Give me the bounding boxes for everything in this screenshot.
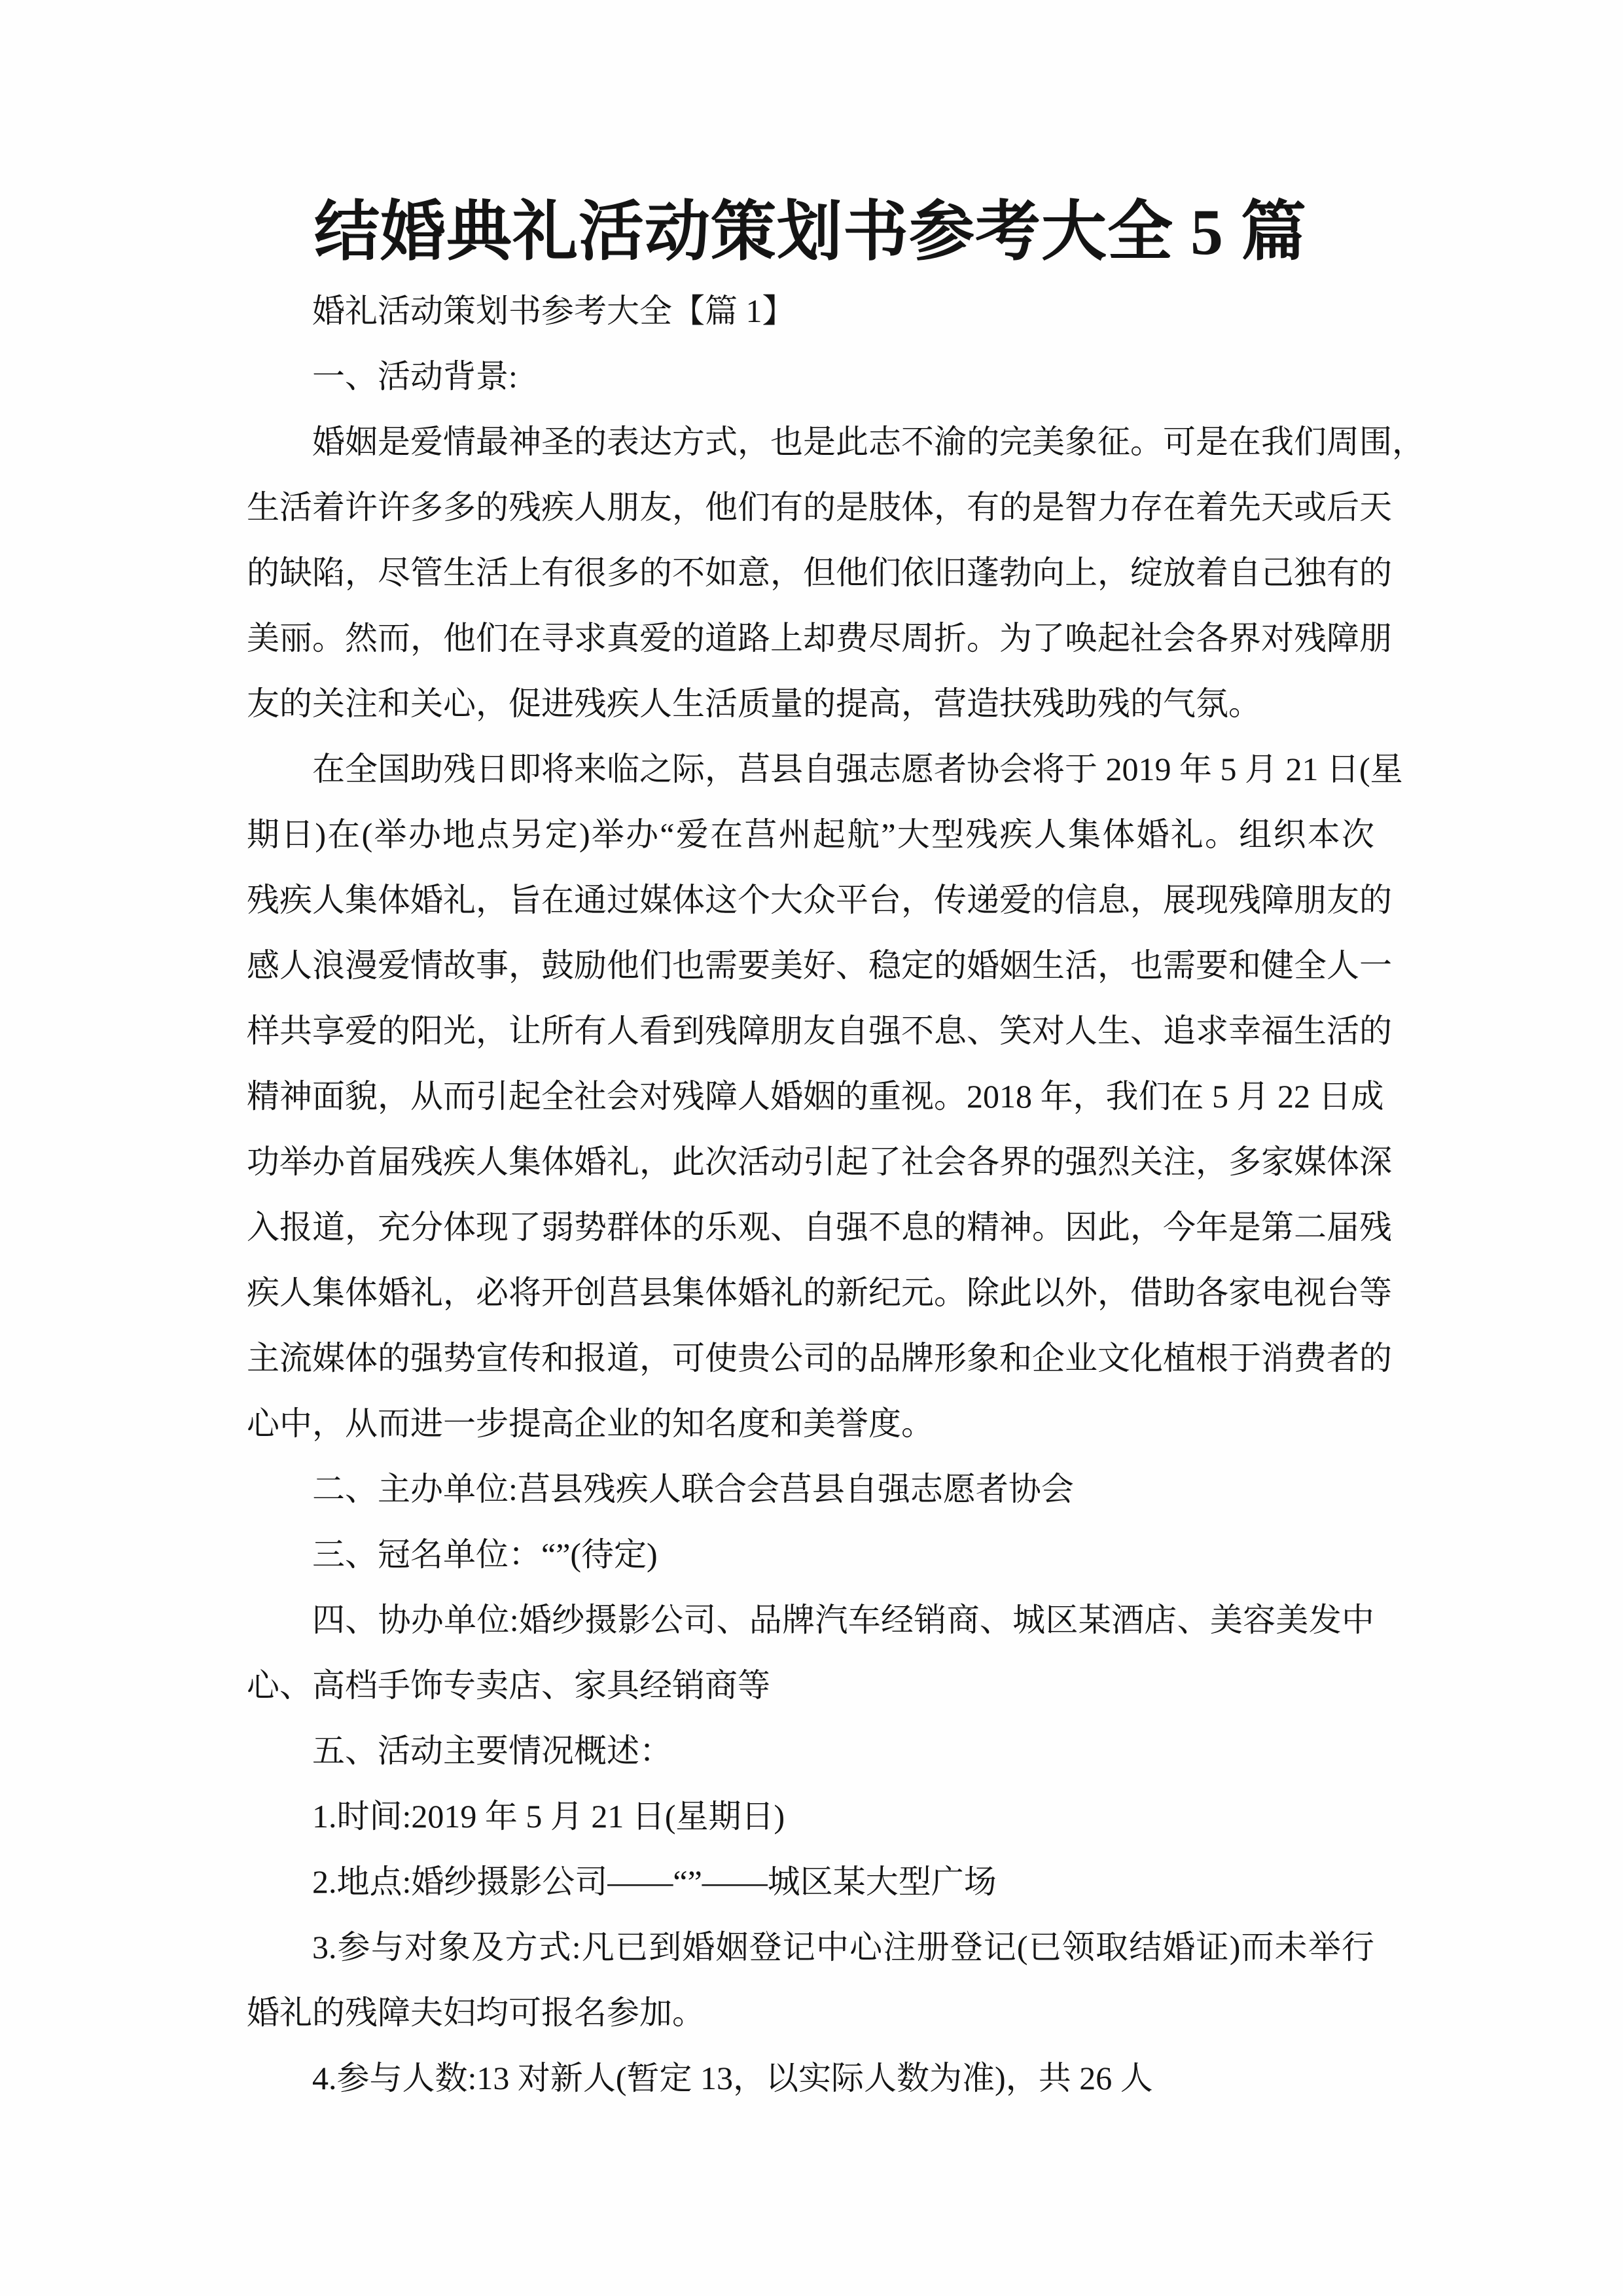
text-line: 三、冠名单位：“”(待定) — [247, 1522, 1374, 1587]
text-line: 功举办首届残疾人集体婚礼，此次活动引起了社会各界的强烈关注，多家媒体深 — [247, 1129, 1374, 1194]
text-line: 生活着许许多多的残疾人朋友，他们有的是肢体，有的是智力存在着先天或后天 — [247, 475, 1374, 540]
text-line: 精神面貌，从而引起全社会对残障人婚姻的重视。2018 年，我们在 5 月 22 … — [247, 1064, 1374, 1129]
paragraph: 1.时间:2019 年 5 月 21 日(星期日) — [247, 1784, 1374, 1849]
document-content: 结婚典礼活动策划书参考大全 5 篇 婚礼活动策划书参考大全【篇 1】一、活动背景… — [247, 196, 1374, 2111]
text-line: 一、活动背景: — [247, 344, 1374, 409]
paragraph: 在全国助残日即将来临之际，莒县自强志愿者协会将于 2019 年 5 月 21 日… — [247, 736, 1374, 1456]
text-line: 婚礼的残障夫妇均可报名参加。 — [247, 1980, 1374, 2045]
document-page: 结婚典礼活动策划书参考大全 5 篇 婚礼活动策划书参考大全【篇 1】一、活动背景… — [0, 0, 1623, 2296]
paragraph: 4.参与人数:13 对新人(暂定 13，以实际人数为准)，共 26 人 — [247, 2045, 1374, 2111]
text-line: 入报道，充分体现了弱势群体的乐观、自强不息的精神。因此，今年是第二届残 — [247, 1194, 1374, 1260]
text-line: 残疾人集体婚礼，旨在通过媒体这个大众平台，传递爱的信息，展现残障朋友的 — [247, 867, 1374, 933]
document-title: 结婚典礼活动策划书参考大全 5 篇 — [247, 196, 1374, 268]
text-line: 主流媒体的强势宣传和报道，可使贵公司的品牌形象和企业文化植根于消费者的 — [247, 1325, 1374, 1391]
text-line: 友的关注和关心，促进残疾人生活质量的提高，营造扶残助残的气氛。 — [247, 671, 1374, 736]
paragraph: 婚姻是爱情最神圣的表达方式，也是此志不渝的完美象征。可是在我们周围，生活着许许多… — [247, 409, 1374, 736]
paragraph: 五、活动主要情况概述： — [247, 1718, 1374, 1784]
text-line: 感人浪漫爱情故事，鼓励他们也需要美好、稳定的婚姻生活，也需要和健全人一 — [247, 933, 1374, 998]
paragraph: 婚礼活动策划书参考大全【篇 1】 — [247, 278, 1374, 344]
paragraph: 2.地点:婚纱摄影公司——“”——城区某大型广场 — [247, 1849, 1374, 1914]
text-line: 疾人集体婚礼，必将开创莒县集体婚礼的新纪元。除此以外，借助各家电视台等 — [247, 1260, 1374, 1325]
text-line: 4.参与人数:13 对新人(暂定 13，以实际人数为准)，共 26 人 — [247, 2045, 1374, 2111]
paragraph: 二、主办单位:莒县残疾人联合会莒县自强志愿者协会 — [247, 1456, 1374, 1522]
text-line: 美丽。然而，他们在寻求真爱的道路上却费尽周折。为了唤起社会各界对残障朋 — [247, 605, 1374, 671]
text-line: 的缺陷，尽管生活上有很多的不如意，但他们依旧蓬勃向上，绽放着自己独有的 — [247, 540, 1374, 605]
text-line: 婚礼活动策划书参考大全【篇 1】 — [247, 278, 1374, 344]
text-line: 期日)在(举办地点另定)举办“爱在莒州起航”大型残疾人集体婚礼。组织本次 — [247, 802, 1374, 867]
text-line: 2.地点:婚纱摄影公司——“”——城区某大型广场 — [247, 1849, 1374, 1914]
paragraph: 一、活动背景: — [247, 344, 1374, 409]
text-line: 心、高档手饰专卖店、家具经销商等 — [247, 1653, 1374, 1718]
paragraph: 3.参与对象及方式:凡已到婚姻登记中心注册登记(已领取结婚证)而未举行婚礼的残障… — [247, 1914, 1374, 2045]
text-line: 心中，从而进一步提高企业的知名度和美誉度。 — [247, 1391, 1374, 1456]
text-line: 在全国助残日即将来临之际，莒县自强志愿者协会将于 2019 年 5 月 21 日… — [247, 736, 1374, 802]
paragraph-list: 婚礼活动策划书参考大全【篇 1】一、活动背景:婚姻是爱情最神圣的表达方式，也是此… — [247, 278, 1374, 2111]
text-line: 1.时间:2019 年 5 月 21 日(星期日) — [247, 1784, 1374, 1849]
paragraph: 四、协办单位:婚纱摄影公司、品牌汽车经销商、城区某酒店、美容美发中心、高档手饰专… — [247, 1587, 1374, 1718]
text-line: 3.参与对象及方式:凡已到婚姻登记中心注册登记(已领取结婚证)而未举行 — [247, 1914, 1374, 1980]
text-line: 样共享爱的阳光，让所有人看到残障朋友自强不息、笑对人生、追求幸福生活的 — [247, 998, 1374, 1064]
paragraph: 三、冠名单位：“”(待定) — [247, 1522, 1374, 1587]
text-line: 五、活动主要情况概述： — [247, 1718, 1374, 1784]
text-line: 婚姻是爱情最神圣的表达方式，也是此志不渝的完美象征。可是在我们周围， — [247, 409, 1374, 475]
text-line: 四、协办单位:婚纱摄影公司、品牌汽车经销商、城区某酒店、美容美发中 — [247, 1587, 1374, 1653]
text-line: 二、主办单位:莒县残疾人联合会莒县自强志愿者协会 — [247, 1456, 1374, 1522]
